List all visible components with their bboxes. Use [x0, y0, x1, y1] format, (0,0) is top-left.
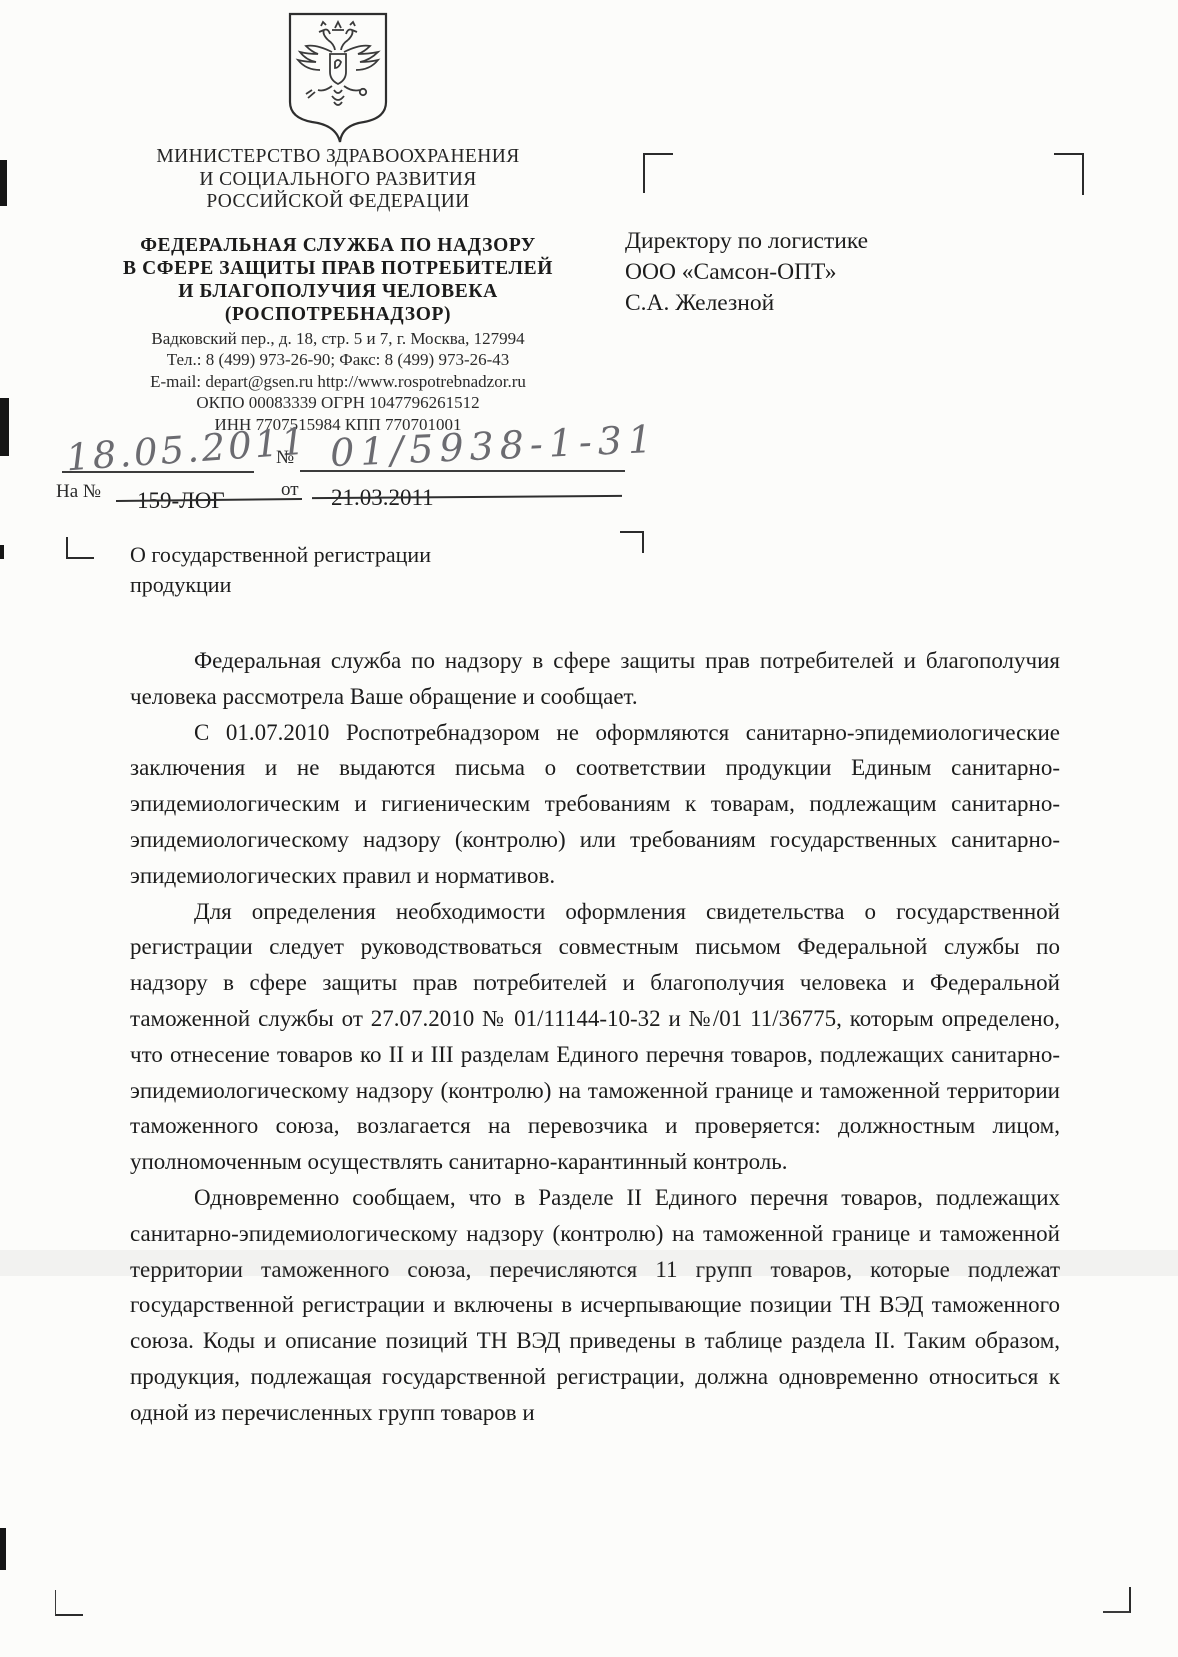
service-line: ФЕДЕРАЛЬНАЯ СЛУЖБА ПО НАДЗОРУ	[58, 234, 618, 257]
subject-line: продукции	[130, 570, 610, 600]
ministry-line: МИНИСТЕРСТВО ЗДРАВООХРАНЕНИЯ	[58, 146, 618, 169]
ministry-line: РОССИЙСКОЙ ФЕДЕРАЦИИ	[58, 191, 618, 214]
recipient-company: ООО «Самсон-ОПТ»	[625, 257, 1055, 288]
scan-artifact	[0, 1528, 6, 1570]
corner-mark-address-bottom-left	[66, 537, 94, 559]
body-paragraph: Одновременно сообщаем, что в Разделе II …	[130, 1180, 1060, 1431]
corner-mark-address-bottom-right	[620, 531, 644, 553]
scan-artifact	[0, 545, 4, 559]
okpo-ogrn-line: ОКПО 00083339 ОГРН 1047796261512	[58, 392, 618, 414]
address-line: Вадковский пер., д. 18, стр. 5 и 7, г. М…	[58, 328, 618, 350]
corner-mark-page-bottom-left	[55, 1590, 83, 1616]
scan-artifact	[0, 160, 7, 206]
corner-mark-top-left	[643, 153, 673, 193]
scanned-letter-page: МИНИСТЕРСТВО ЗДРАВООХРАНЕНИЯ И СОЦИАЛЬНО…	[0, 0, 1178, 1657]
ministry-name: МИНИСТЕРСТВО ЗДРАВООХРАНЕНИЯ И СОЦИАЛЬНО…	[58, 146, 618, 214]
letter-body: Федеральная служба по надзору в сфере за…	[130, 643, 1060, 1431]
subject-line: О государственной регистрации	[130, 540, 610, 570]
outgoing-date-line	[62, 471, 254, 473]
contact-block: Вадковский пер., д. 18, стр. 5 и 7, г. М…	[58, 328, 618, 436]
service-name: ФЕДЕРАЛЬНАЯ СЛУЖБА ПО НАДЗОРУ В СФЕРЕ ЗА…	[58, 234, 618, 326]
recipient-position: Директору по логистике	[625, 226, 1055, 257]
letterhead: МИНИСТЕРСТВО ЗДРАВООХРАНЕНИЯ И СОЦИАЛЬНО…	[58, 146, 618, 435]
recipient-block: Директору по логистике ООО «Самсон-ОПТ» …	[625, 226, 1055, 319]
scan-streak	[0, 1250, 1178, 1276]
service-line: (РОСПОТРЕБНАДЗОР)	[58, 303, 618, 326]
body-paragraph: Федеральная служба по надзору в сфере за…	[130, 643, 1060, 715]
phone-fax-line: Тел.: 8 (499) 973-26-90; Факс: 8 (499) 9…	[58, 349, 618, 371]
recipient-person: С.А. Железной	[625, 288, 1055, 319]
service-line: И БЛАГОПОЛУЧИЯ ЧЕЛОВЕКА	[58, 280, 618, 303]
from-label: от	[281, 479, 299, 501]
body-paragraph: С 01.07.2010 Роспотребнадзором не оформл…	[130, 715, 1060, 894]
service-line: В СФЕРЕ ЗАЩИТЫ ПРАВ ПОТРЕБИТЕЛЕЙ	[58, 257, 618, 280]
number-label: №	[276, 447, 294, 469]
email-site-line: E-mail: depart@gsen.ru http://www.rospot…	[58, 371, 618, 393]
scan-artifact	[0, 398, 9, 456]
outgoing-number-line	[300, 470, 625, 472]
subject-block: О государственной регистрации продукции	[130, 540, 610, 600]
corner-mark-page-bottom-right	[1103, 1587, 1131, 1613]
ministry-line: И СОЦИАЛЬНОГО РАЗВИТИЯ	[58, 169, 618, 192]
incoming-label: На №	[56, 481, 101, 503]
body-paragraph: Для определения необходимости оформления…	[130, 894, 1060, 1180]
corner-mark-top-right	[1054, 153, 1084, 195]
russia-coat-of-arms-icon	[282, 10, 394, 146]
